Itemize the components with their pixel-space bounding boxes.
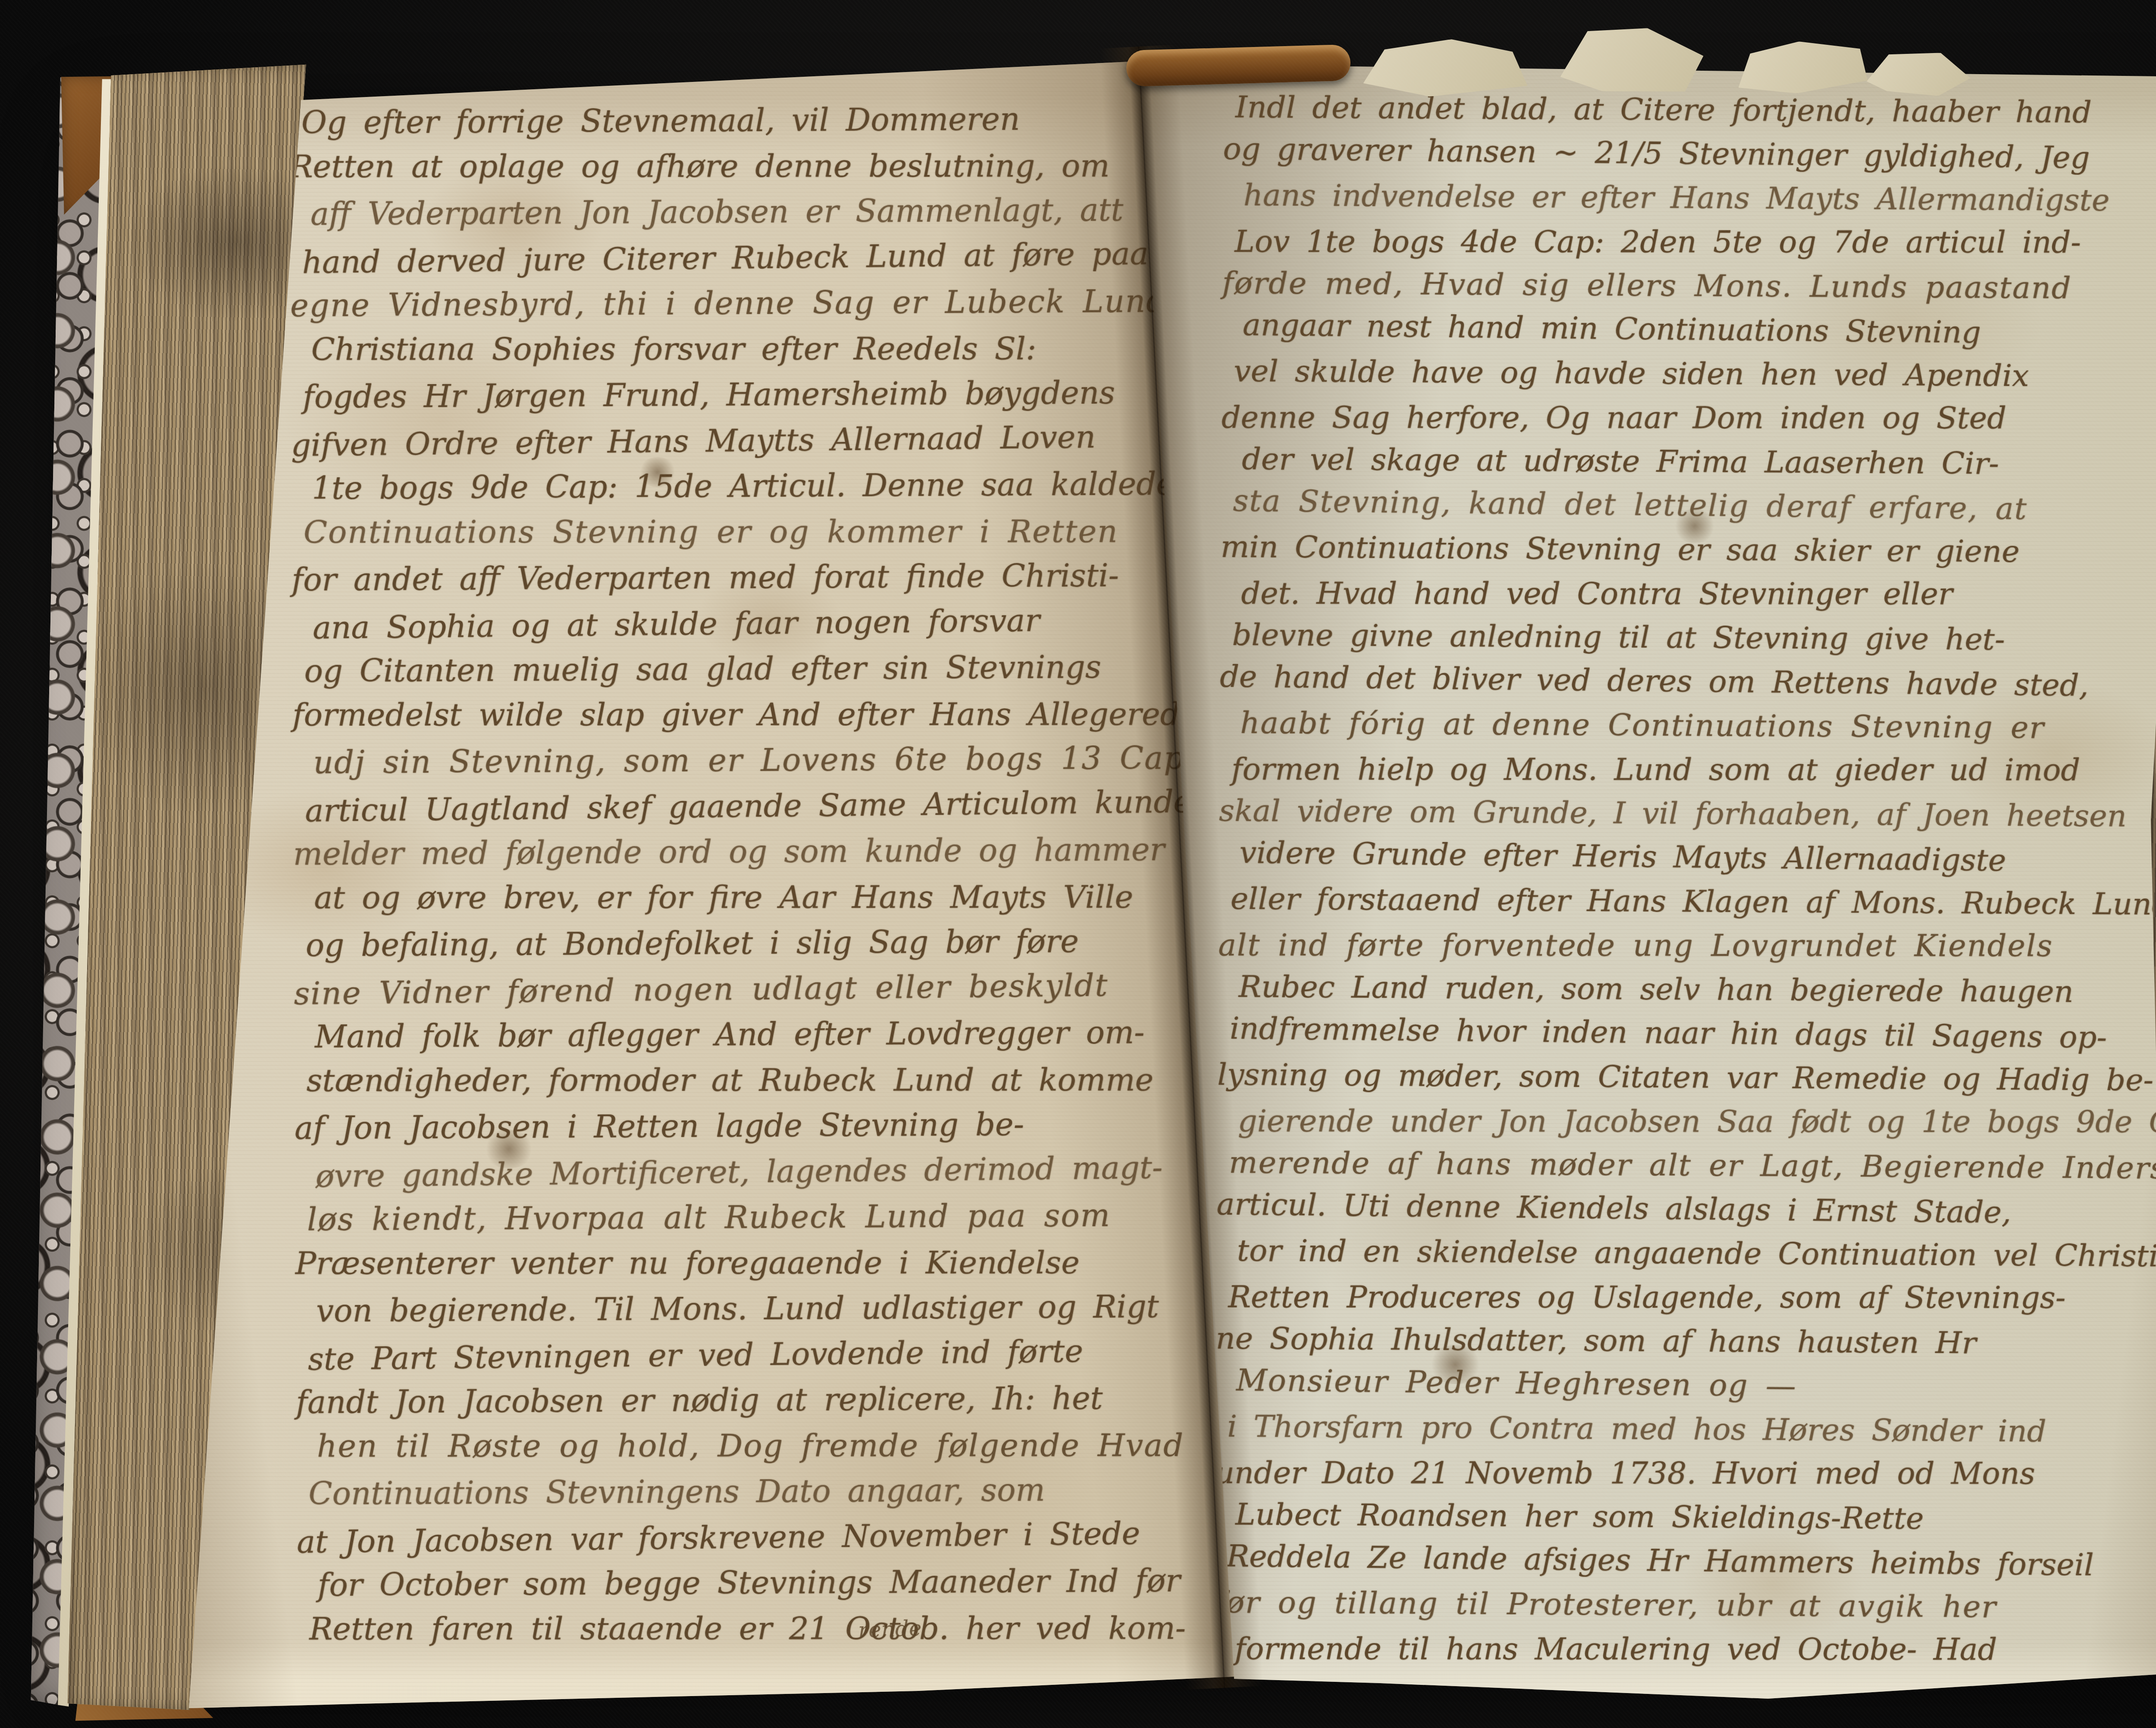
manuscript-line: øvre gandske Mortificeret, lagendes deri…	[315, 1144, 1236, 1199]
manuscript-line: at Jon Jacobsen var forskrevene November…	[297, 1509, 1238, 1565]
manuscript-line: ste Part Stevningen er ved Lovdende ind …	[307, 1327, 1237, 1382]
manuscript-line: formedelst wilde slap giver And efter Ha…	[292, 691, 1234, 738]
manuscript-line: indfremmelse hvor inden naar hin dags ti…	[1229, 1006, 2156, 1061]
manuscript-line: i Thorsfarn pro Contra med hos Høres Søn…	[1227, 1404, 2156, 1454]
manuscript-line: hen til Røste og hold, Dog fremde følgen…	[317, 1422, 1238, 1469]
manuscript-line: tor ind en skiendelse angaaende Continua…	[1237, 1228, 2156, 1278]
manuscript-line: løs kiendt, Hvorpaa alt Rubeck Lund paa …	[307, 1192, 1237, 1242]
manuscript-line: vel skulde have og havde siden hen ved A…	[1234, 349, 2156, 399]
manuscript-line: alt ind førte forventede ung Lovgrundet …	[1218, 923, 2156, 968]
manuscript-line: formen hielp og Mons. Lund som at gieder…	[1232, 747, 2156, 792]
manuscript-line: melder med følgende ord og som kunde og …	[293, 826, 1235, 877]
manuscript-line: førde med, Hvad sig ellers Mons. Lunds p…	[1222, 261, 2156, 311]
manuscript-line: formende til hans Maculering ved Octobe-…	[1235, 1627, 2156, 1672]
manuscript-line: lysning og møder, som Citaten var Remedi…	[1217, 1052, 2156, 1102]
manuscript-line: skal videre om Grunde, I vil forhaaben, …	[1219, 789, 2156, 839]
manuscript-photo: Ra di ho,nsFrnloir dFrbid.krug- Og efter…	[0, 0, 2156, 1728]
manuscript-line: stændigheder, formoder at Rubeck Lund at…	[306, 1057, 1235, 1103]
ink-stain	[638, 457, 677, 487]
manuscript-line: Lubect Roandsen her som Skieldings-Rette	[1235, 1492, 2156, 1542]
manuscript-line: Continuations Stevning er og kommer i Re…	[304, 508, 1233, 555]
manuscript-line: og graverer hansen ~ 21/5 Stevninger gyl…	[1223, 127, 2156, 182]
manuscript-line: Reddela Ze lande afsiges Hr Hammers heim…	[1226, 1534, 2156, 1588]
manuscript-line: denne Sag herfore, Og naar Dom inden og …	[1221, 395, 2156, 440]
manuscript-line: videre Grunde efter Heris Mayts Allernaa…	[1239, 830, 2156, 885]
manuscript-line: og Citanten muelig saa glad efter sin St…	[304, 643, 1234, 694]
right-page-text: Indl det andet blad, at Citere fortjendt…	[1214, 85, 2156, 1674]
manuscript-line: Lov 1te bogs 4de Cap: 2den 5te og 7de ar…	[1235, 219, 2156, 264]
manuscript-line: ne Sophia Ihulsdatter, som af hans haust…	[1216, 1316, 2156, 1366]
manuscript-line: angaar nest hand min Continuations Stevn…	[1242, 303, 2156, 357]
manuscript-line: for andet aff Vederparten med forat find…	[291, 552, 1233, 602]
manuscript-line: gierende under Jon Jacobsen Saa født og …	[1238, 1099, 2156, 1144]
ink-stain	[1427, 1345, 1483, 1384]
manuscript-line: Indl det andet blad, at Citere fortjendt…	[1235, 85, 2156, 135]
manuscript-line: von begierende. Til Mons. Lund udlastige…	[316, 1283, 1237, 1334]
manuscript-line: for October som begge Stevnings Maaneder…	[317, 1557, 1238, 1608]
manuscript-line: ana Sophia og at skulde faar nogen forsv…	[312, 595, 1233, 651]
manuscript-line: og befaling, at Bondefolket i slig Sag b…	[306, 917, 1235, 968]
manuscript-line: eller forstaaend efter Hans Klagen af Mo…	[1230, 877, 2156, 927]
manuscript-line: der vel skage at udrøste Frima Laaserhen…	[1242, 437, 2156, 487]
catchword: rende	[858, 1615, 922, 1643]
manuscript-line: merende af hans møder alt er Lagt, Begie…	[1229, 1140, 2156, 1190]
spine-leather-nub	[1126, 44, 1351, 87]
manuscript-line: articul Uagtland skef gaaende Same Artic…	[305, 778, 1235, 834]
ink-stain	[1673, 509, 1716, 543]
manuscript-line: det. Hvad hand ved Contra Stevninger ell…	[1241, 571, 2156, 616]
manuscript-line: af Jon Jacobsen i Retten lagde Stevning …	[295, 1100, 1236, 1151]
manuscript-line: haabt fórig at denne Continuations Stevn…	[1240, 701, 2156, 751]
manuscript-line: Continuations Stevningens Dato angaar, s…	[308, 1466, 1238, 1516]
manuscript-line: gifven Ordre efter Hans Maytts Allernaad…	[291, 413, 1232, 468]
manuscript-line: blevne givne anledning til at Stevning g…	[1232, 613, 2156, 663]
manuscript-line: Retten faren til staaende er 21 Octob. h…	[309, 1605, 1238, 1652]
manuscript-line: Retten Produceres og Uslagende, som af S…	[1228, 1275, 2156, 1320]
manuscript-line: articul. Uti denne Kiendels alslags i Er…	[1216, 1182, 2156, 1237]
manuscript-line: før og tillang til Protesterer, ubr at a…	[1214, 1580, 2156, 1630]
manuscript-line: de hand det bliver ved deres om Rettens …	[1219, 654, 2156, 709]
manuscript-line: at og øvre brev, er for fire Aar Hans Ma…	[314, 874, 1235, 920]
manuscript-line: Rubec Land ruden, som selv han begierede…	[1238, 964, 2156, 1014]
manuscript-line: under Dato 21 Novemb 1738. Hvori med od …	[1215, 1451, 2156, 1496]
manuscript-line: Præsenterer venter nu foregaaende i Kien…	[295, 1240, 1237, 1286]
manuscript-line: sine Vidner førend nogen udlagt eller be…	[294, 961, 1235, 1017]
manuscript-line: Monsieur Peder Heghresen og —	[1236, 1358, 2156, 1412]
manuscript-line: 1te bogs 9de Cap: 15de Articul. Denne sa…	[312, 460, 1233, 511]
manuscript-line: Mand folk bør aflegger And efter Lovdreg…	[315, 1009, 1236, 1059]
ink-stain	[483, 1130, 535, 1168]
manuscript-line: hans indvendelse er efter Hans Mayts All…	[1243, 173, 2156, 223]
manuscript-line: udj sin Stevning, som er Lovens 6te bogs…	[313, 735, 1234, 785]
manuscript-line: fandt Jon Jacobsen er nødig at replicere…	[296, 1374, 1238, 1425]
